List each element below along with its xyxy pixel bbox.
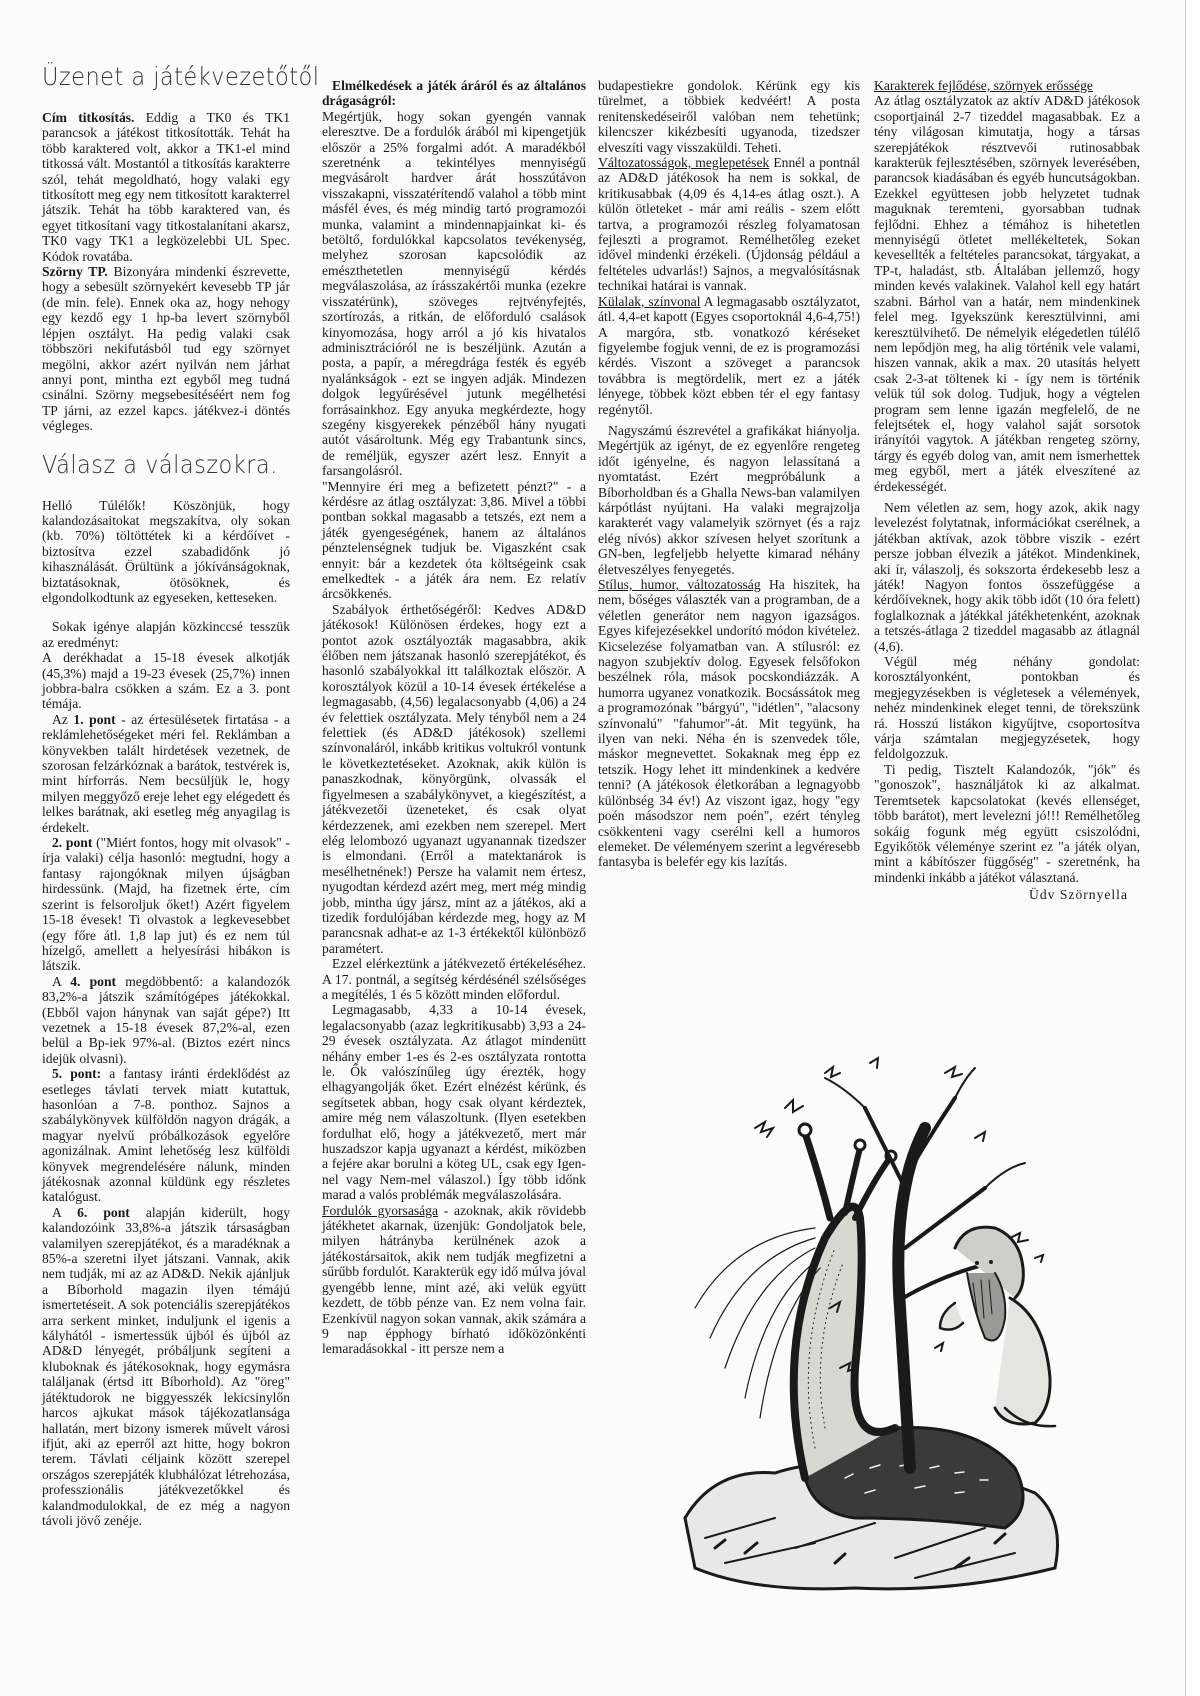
paragraph-turn-speed: Fordulók gyorsasága - azoknak, akik rövi… — [322, 1203, 586, 1357]
newsletter-page: Üzenet a játékvezetőtől Cím titkosítás. … — [0, 0, 1186, 1696]
paragraph-gm-rating: Ezzel elérkeztünk a játékvezető értékelé… — [322, 956, 586, 1002]
paragraph-point-6: A 6. pont alapján kiderült, hogy kalando… — [42, 1205, 290, 1529]
paragraph-age-groups: A derékhadat a 15-18 évesek alkotják (45… — [42, 650, 290, 712]
paragraph-point-5: 5. pont: a fantasy iránti érdeklődést az… — [42, 1066, 290, 1205]
illustration-drawing — [655, 1048, 1085, 1608]
paragraph-correspondence: Nem véletlen az sem, hogy azok, akik nag… — [874, 500, 1140, 654]
paragraph-prices: Megértjük, hogy sokan gyengén vannak ele… — [322, 109, 586, 479]
signature: Üdv Szörnyella — [874, 887, 1140, 902]
column-2: Elmélkedések a játék áráról és az általá… — [322, 78, 586, 1357]
paragraph-rules-clarity: Szabályok érthetőségéről: Kedves AD&D já… — [322, 602, 586, 956]
paragraph-variety: Változatosságok, meglepetések Ennél a po… — [598, 155, 860, 294]
paragraph-hello: Helló Túlélők! Köszönjük, hogy kalandozá… — [42, 498, 290, 606]
paragraph-character-growth: Az átlag osztályzatok az aktív AD&D játé… — [874, 93, 1140, 494]
paragraph-point-1: Az 1. pont - az értesülésetek firtatása … — [42, 712, 290, 835]
section-heading-character-growth: Karakterek fejlődése, szörnyek erőssége — [874, 78, 1140, 93]
paragraph-point-4: A 4. pont megdöbbentő: a kalandozók 83,2… — [42, 974, 290, 1066]
paragraph-szorny-tp: Szörny TP. Bizonyára mindenki észrevette… — [42, 264, 290, 433]
paragraph-lead: Szörny TP. — [42, 264, 108, 279]
section-title-gm-message: Üzenet a játékvezetőtől — [42, 62, 265, 92]
column-3: budapestiekre gondolok. Kérünk egy kis t… — [598, 78, 860, 870]
paragraph-value-for-money: "Mennyire éri meg a befizetett pénzt?" -… — [322, 479, 586, 602]
paragraph-graphics: Nagyszámú észrevétel a grafikákat hiányo… — [598, 423, 860, 577]
paragraph-point-2: 2. pont ("Miért fontos, hogy mit olvasok… — [42, 835, 290, 974]
paragraph-highest-lowest: Legmagasabb, 4,33 a 10-14 évesek, legala… — [322, 1002, 586, 1202]
paragraph-results-intro: Sokak igénye alapján közkinccsé tesszük … — [42, 619, 290, 650]
paragraph-appearance: Külalak, színvonal A legmagasabb osztály… — [598, 294, 860, 417]
column-4: Karakterek fejlődése, szörnyek erőssége … — [874, 78, 1140, 903]
paragraph-lead: Cím titkosítás. — [42, 110, 134, 125]
snail-tree-dwarf-illustration — [655, 1048, 1085, 1608]
paragraph-closing: Ti pedig, Tisztelt Kalandozók, "jók" és … — [874, 762, 1140, 885]
paragraph-post-office: budapestiekre gondolok. Kérünk egy kis t… — [598, 78, 860, 155]
paragraph-final-thoughts: Végül még néhány gondolat: korosztályonk… — [874, 654, 1140, 762]
paragraph-style-humor: Stílus, humor, változatosság Ha hiszitek… — [598, 577, 860, 870]
column-1: Üzenet a játékvezetőtől Cím titkosítás. … — [42, 62, 290, 1528]
section-heading-prices: Elmélkedések a játék áráról és az általá… — [322, 78, 586, 109]
section-title-answers: Válasz a válaszokra. — [42, 450, 265, 480]
paragraph-cim-titkositas: Cím titkosítás. Eddig a TK0 és TK1 paran… — [42, 110, 290, 264]
